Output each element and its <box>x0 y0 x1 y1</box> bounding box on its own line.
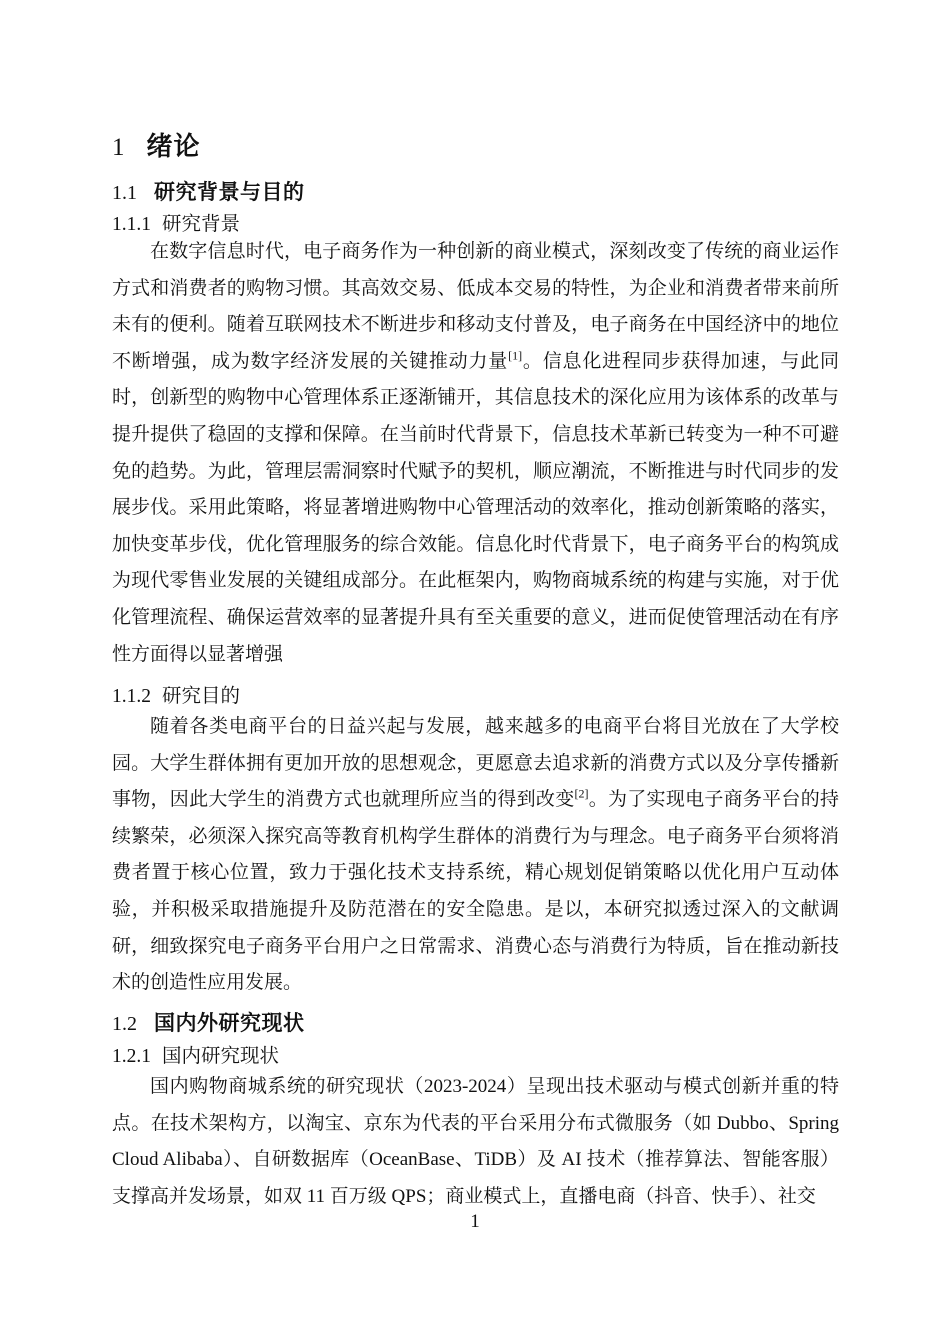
section-heading-1-1: 1.1研究背景与目的 <box>112 179 839 207</box>
chapter-number: 1 <box>112 134 125 161</box>
section-number: 1.1 <box>112 182 137 204</box>
paragraph-text: 国内购物商城系统的研究现状（2023-2024）呈现出技术驱动与模式创新并重的特… <box>112 1076 839 1207</box>
subsection-heading-1-1-2: 1.1.2研究目的 <box>112 686 839 708</box>
paragraph-text: 。为了实现电子商务平台的持续繁荣，必须深入探究高等教育机构学生群体的消费行为与理… <box>112 789 839 993</box>
subsection-title: 研究背景 <box>162 214 240 235</box>
subsection-title: 国内研究现状 <box>162 1046 279 1067</box>
subsection-number: 1.2.1 <box>112 1046 151 1067</box>
section-number: 1.2 <box>112 1013 137 1035</box>
subsection-number: 1.1.1 <box>112 214 151 235</box>
section-title: 国内外研究现状 <box>154 1012 305 1035</box>
subsection-number: 1.1.2 <box>112 686 151 707</box>
chapter-title: 绪论 <box>147 131 201 161</box>
citation-ref-1: [1] <box>508 348 522 362</box>
subsection-title: 研究目的 <box>162 686 240 707</box>
document-page: 1绪论 1.1研究背景与目的 1.1.1研究背景 在数字信息时代，电子商务作为一… <box>0 0 950 1344</box>
paragraph-research-purpose: 随着各类电商平台的日益兴起与发展，越来越多的电商平台将目光放在了大学校园。大学生… <box>112 709 839 1002</box>
citation-ref-2: [2] <box>574 787 588 801</box>
section-heading-1-2: 1.2国内外研究现状 <box>112 1010 839 1038</box>
section-title: 研究背景与目的 <box>154 181 305 204</box>
paragraph-domestic-research-status: 国内购物商城系统的研究现状（2023-2024）呈现出技术驱动与模式创新并重的特… <box>112 1069 839 1215</box>
subsection-heading-1-2-1: 1.2.1国内研究现状 <box>112 1046 839 1068</box>
paragraph-text: 。信息化进程同步获得加速，与此同时，创新型的购物中心管理体系正逐渐铺开，其信息技… <box>112 351 839 665</box>
paragraph-research-background: 在数字信息时代，电子商务作为一种创新的商业模式，深刻改变了传统的商业运作方式和消… <box>112 234 839 673</box>
page-number: 1 <box>0 1211 950 1234</box>
chapter-heading: 1绪论 <box>112 126 839 163</box>
